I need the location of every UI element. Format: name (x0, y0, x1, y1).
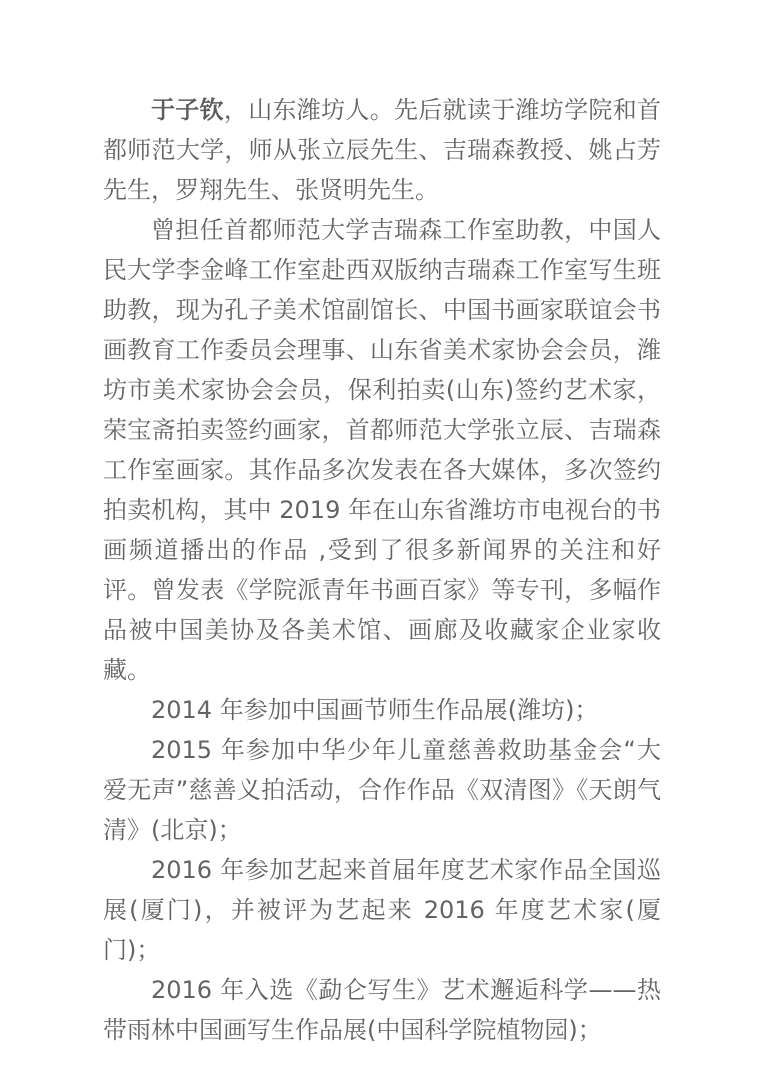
exhibition-item-2016-menglun: 2016 年入选《勐仑写生》艺术邂逅科学——热带雨林中国画写生作品展(中国科学院… (103, 970, 661, 1050)
exhibition-item-2016-tour: 2016 年参加艺起来首届年度艺术家作品全国巡展(厦门)，并被评为艺起来 201… (103, 850, 661, 970)
bio-intro-paragraph: 于子钦，山东潍坊人。先后就读于潍坊学院和首都师范大学，师从张立辰先生、吉瑞森教授… (103, 90, 661, 210)
exhibition-item-2014: 2014 年参加中国画节师生作品展(潍坊)； (103, 690, 661, 730)
bio-career-paragraph: 曾担任首都师范大学吉瑞森工作室助教，中国人民大学李金峰工作室赴西双版纳吉瑞森工作… (103, 210, 661, 690)
document-page: 于子钦，山东潍坊人。先后就读于潍坊学院和首都师范大学，师从张立辰先生、吉瑞森教授… (0, 0, 763, 1080)
exhibition-item-2015: 2015 年参加中华少年儿童慈善救助基金会“大爱无声”慈善义拍活动，合作作品《双… (103, 730, 661, 850)
artist-name: 于子钦 (151, 96, 224, 124)
